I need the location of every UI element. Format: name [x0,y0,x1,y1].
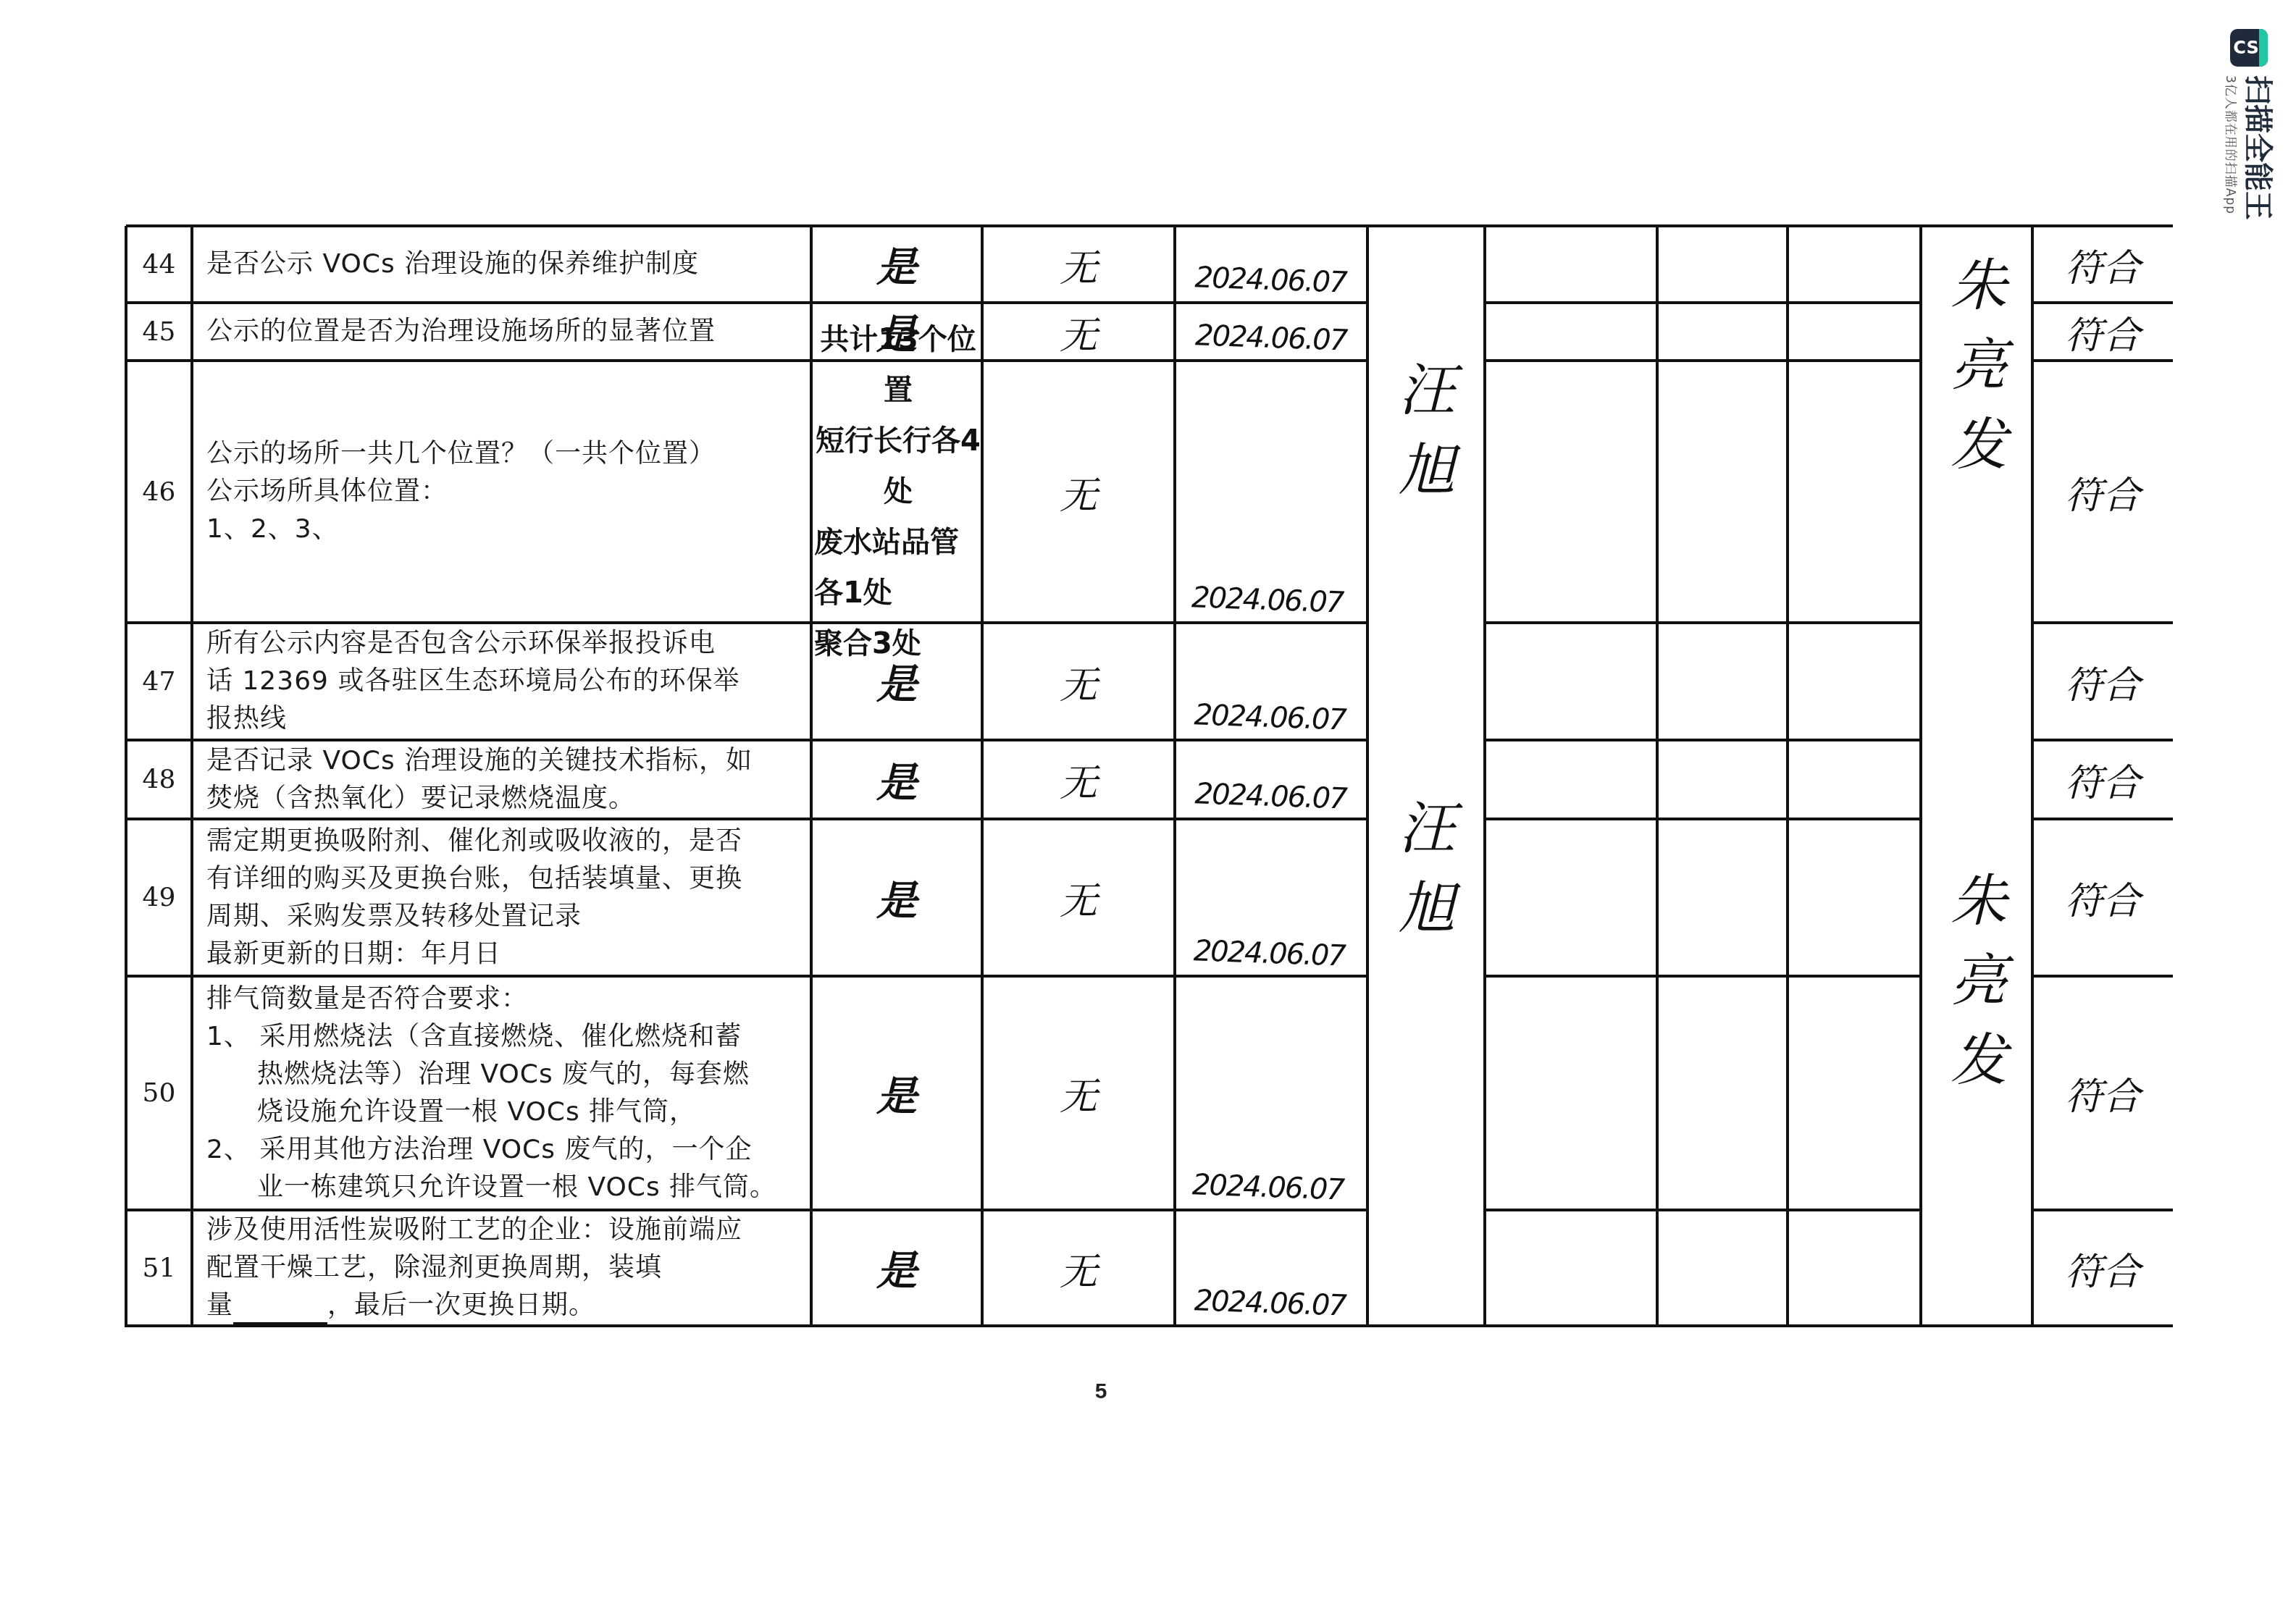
signature-char: 发 [1951,1021,2007,1101]
inspector-signature: 汪旭 [1369,351,1485,510]
empty-cell [1485,976,1657,1210]
inspection-item-text: 涉及使用活性炭吸附工艺的企业：设施前端应配置干燥工艺，除湿剂更换周期，装填量，最… [192,1210,811,1326]
inspection-item-text: 排气筒数量是否符合要求：1、 采用燃烧法（含直接燃烧、催化燃烧和蓄热燃烧法等）治… [192,976,811,1210]
row-number: 51 [126,1210,192,1326]
empty-cell [1485,1210,1657,1326]
empty-cell [1657,740,1788,819]
row-number: 45 [126,303,192,361]
empty-cell [1788,303,1921,361]
empty-cell [1485,303,1657,361]
row-number: 47 [126,623,192,740]
handwritten-problem: 无 [982,976,1175,1210]
inspection-item-text: 所有公示内容是否包含公示环保举报投诉电话 12369 或各驻区生态环境局公布的环… [192,623,811,740]
handwritten-problem: 无 [982,361,1175,623]
item-line: 涉及使用活性炭吸附工艺的企业：设施前端应 [206,1211,801,1249]
watermark-subtitle: 3亿人都在用的扫描App [2224,75,2242,220]
empty-cell [1657,361,1788,623]
item-line: 量，最后一次更换日期。 [206,1287,801,1324]
empty-cell [1485,361,1657,623]
empty-cell [1657,303,1788,361]
handwritten-judgement: 符合 [2032,1210,2173,1326]
handwritten-date: 2024.06.07 [1173,736,1369,822]
page-number: 5 [1086,1379,1115,1404]
signature-char: 朱 [1951,246,2007,326]
inspection-item-text: 公示的位置是否为治理设施场所的显著位置 [192,303,811,361]
handwritten-result-line: 共计13个位置 [814,314,982,416]
signature-char: 亮 [1951,326,2007,405]
handwritten-date: 2024.06.07 [1172,815,1370,979]
reviewer-signature: 朱亮发 [1921,246,2037,485]
handwritten-date: 2024.06.07 [1173,222,1369,306]
item-line: 烧设施允许设置一根 VOCs 排气筒， [206,1093,801,1131]
empty-cell [1485,740,1657,819]
handwritten-judgement: 符合 [2032,819,2173,976]
handwritten-result: 是 [811,1210,982,1326]
handwritten-result-line: 短行长行各4处 [814,416,982,517]
signature-char: 亮 [1951,941,2007,1021]
signature-char: 发 [1951,405,2007,485]
inspector-signature: 汪旭 [1369,789,1485,949]
empty-cell [1657,976,1788,1210]
handwritten-date: 2024.06.07 [1174,299,1369,364]
empty-cell [1485,819,1657,976]
scanned-document-page: 44是否公示 VOCs 治理设施的保养维护制度是无2024.06.07符合45公… [0,0,2296,1622]
inspection-item-text: 公示的场所一共几个位置？（一共个位置）公示场所具体位置：1、2、3、 [192,361,811,623]
handwritten-judgement: 符合 [2032,226,2173,303]
item-line: 2、 采用其他方法治理 VOCs 废气的，一个企 [206,1131,801,1169]
handwritten-date: 2024.06.07 [1173,1206,1369,1329]
handwritten-judgement: 符合 [2032,740,2173,819]
handwritten-judgement: 符合 [2032,361,2173,623]
fill-in-blank [233,1293,327,1324]
handwritten-result: 是 [811,976,982,1210]
camscanner-watermark: CS 扫描全能王 3亿人都在用的扫描App [2209,29,2289,232]
row-number: 44 [126,226,192,303]
empty-cell [1788,976,1921,1210]
item-line: 最新更新的日期：年月日 [206,936,801,973]
empty-cell [1657,226,1788,303]
item-line: 配置干燥工艺，除湿剂更换周期，装填 [206,1249,801,1287]
handwritten-result-line: 各1处 [814,568,892,618]
item-line: 报热线 [206,700,801,738]
signature-char: 朱 [1951,862,2007,941]
item-line: 公示的位置是否为治理设施场所的显著位置 [206,313,801,350]
handwritten-result-line: 废水站品管 [814,517,959,568]
empty-cell [1657,819,1788,976]
empty-cell [1788,226,1921,303]
handwritten-date: 2024.06.07 [1170,972,1371,1213]
row-number: 50 [126,976,192,1210]
handwritten-result: 共计13个位置短行长行各4处废水站品管各1处聚合3处 [811,361,982,623]
handwritten-judgement: 符合 [2032,623,2173,740]
empty-cell [1485,623,1657,740]
inspection-item-text: 需定期更换吸附剂、催化剂或吸收液的，是否有详细的购买及更换台账，包括装填量、更换… [192,819,811,976]
item-line: 排气筒数量是否符合要求： [206,980,801,1018]
handwritten-problem: 无 [982,740,1175,819]
item-line: 所有公示内容是否包含公示环保举报投诉电 [206,625,801,663]
handwritten-result: 是 [811,226,982,303]
item-line: 1、 采用燃烧法（含直接燃烧、催化燃烧和蓄 [206,1018,801,1056]
row-number: 48 [126,740,192,819]
inspection-item-text: 是否记录 VOCs 治理设施的关键技术指标，如焚烧（含热氧化）要记录燃烧温度。 [192,740,811,819]
empty-cell [1788,623,1921,740]
empty-cell [1788,361,1921,623]
item-line: 热燃烧法等）治理 VOCs 废气的，每套燃 [206,1056,801,1093]
empty-cell [1788,819,1921,976]
item-line: 是否记录 VOCs 治理设施的关键技术指标，如 [206,742,801,780]
handwritten-result: 是 [811,623,982,740]
empty-cell [1657,623,1788,740]
item-line: 周期、采购发票及转移处置记录 [206,898,801,936]
row-number: 49 [126,819,192,976]
signature-char: 汪 [1399,351,1455,431]
item-line: 1、2、3、 [206,510,801,548]
item-line: 焚烧（含热氧化）要记录燃烧温度。 [206,780,801,818]
signature-char: 旭 [1399,431,1455,510]
signature-char: 旭 [1399,869,1455,949]
item-line: 需定期更换吸附剂、催化剂或吸收液的，是否 [206,823,801,860]
item-line: 是否公示 VOCs 治理设施的保养维护制度 [206,245,801,283]
handwritten-result: 是 [811,740,982,819]
signature-char: 汪 [1399,789,1455,869]
handwritten-problem: 无 [982,1210,1175,1326]
empty-cell [1788,740,1921,819]
empty-cell [1485,226,1657,303]
inspection-item-text: 是否公示 VOCs 治理设施的保养维护制度 [192,226,811,303]
watermark-title: 扫描全能王 [2242,75,2275,220]
handwritten-judgement: 符合 [2032,976,2173,1210]
empty-cell [1657,1210,1788,1326]
handwritten-date: 2024.06.07 [1170,357,1372,626]
item-line: 公示场所具体位置： [206,473,801,510]
handwritten-result: 是 [811,819,982,976]
item-line: 话 12369 或各驻区生态环境局公布的环保举 [206,663,801,700]
empty-cell [1788,1210,1921,1326]
handwritten-problem: 无 [982,303,1175,361]
handwritten-judgement: 符合 [2032,303,2173,361]
handwritten-problem: 无 [982,819,1175,976]
handwritten-date: 2024.06.07 [1173,619,1369,743]
item-line: 有详细的购买及更换台账，包括装填量、更换 [206,860,801,898]
item-line: 公示的场所一共几个位置？（一共个位置） [206,435,801,473]
reviewer-signature: 朱亮发 [1921,862,2037,1101]
row-number: 46 [126,361,192,623]
handwritten-problem: 无 [982,623,1175,740]
handwritten-problem: 无 [982,226,1175,303]
camscanner-logo-icon: CS [2230,29,2268,67]
item-line: 业一栋建筑只允许设置一根 VOCs 排气筒。 [206,1169,801,1206]
